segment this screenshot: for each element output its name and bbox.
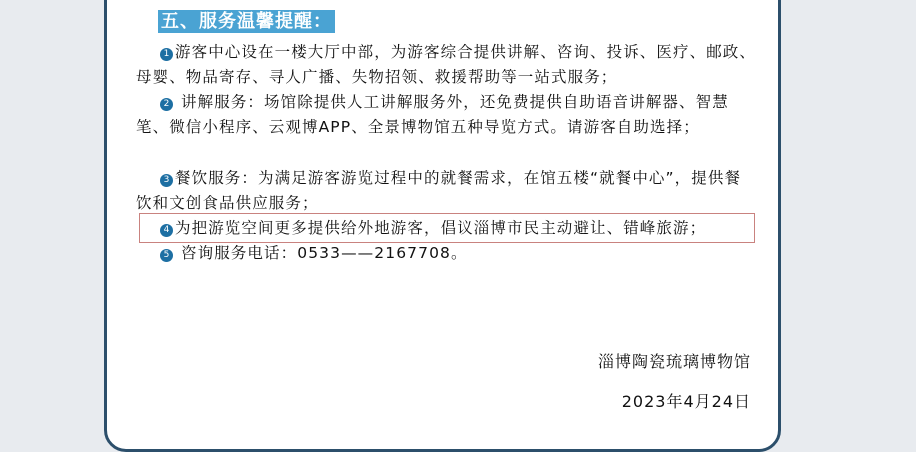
notice-item-4-text: 为把游览空间更多提供给外地游客，倡议淄博市民主动避让、错峰旅游； (175, 219, 706, 237)
number-badge-2-icon: 2 (160, 98, 173, 111)
signature-date: 2023年4月24日 (622, 389, 751, 412)
notice-item-3: 3餐饮服务：为满足游客游览过程中的就餐需求，在馆五楼“就餐中心”，提供餐饮和文创… (136, 166, 756, 215)
notice-item-5: 5 咨询服务电话：0533——2167708。 (136, 241, 756, 266)
notice-item-5-text: 咨询服务电话：0533——2167708。 (175, 244, 468, 262)
number-badge-4-icon: 4 (160, 224, 173, 237)
number-badge-5-icon: 5 (160, 249, 173, 262)
notice-item-2-text: 讲解服务：场馆除提供人工讲解服务外，还免费提供自助语音讲解器、智慧笔、微信小程序… (136, 93, 729, 136)
notice-item-1: 1游客中心设在一楼大厅中部，为游客综合提供讲解、咨询、投诉、医疗、邮政、母婴、物… (136, 40, 756, 89)
organization-signature: 淄博陶瓷琉璃博物馆 (598, 349, 751, 372)
notice-item-2: 2 讲解服务：场馆除提供人工讲解服务外，还免费提供自助语音讲解器、智慧笔、微信小… (136, 90, 756, 139)
number-badge-3-icon: 3 (160, 174, 173, 187)
section-heading: 五、服务温馨提醒： (158, 10, 335, 33)
notice-item-1-text: 游客中心设在一楼大厅中部，为游客综合提供讲解、咨询、投诉、医疗、邮政、母婴、物品… (136, 43, 756, 86)
number-badge-1-icon: 1 (160, 48, 173, 61)
notice-item-4: 4为把游览空间更多提供给外地游客，倡议淄博市民主动避让、错峰旅游； (136, 216, 756, 241)
notice-item-3-text: 餐饮服务：为满足游客游览过程中的就餐需求，在馆五楼“就餐中心”，提供餐饮和文创食… (136, 169, 741, 212)
